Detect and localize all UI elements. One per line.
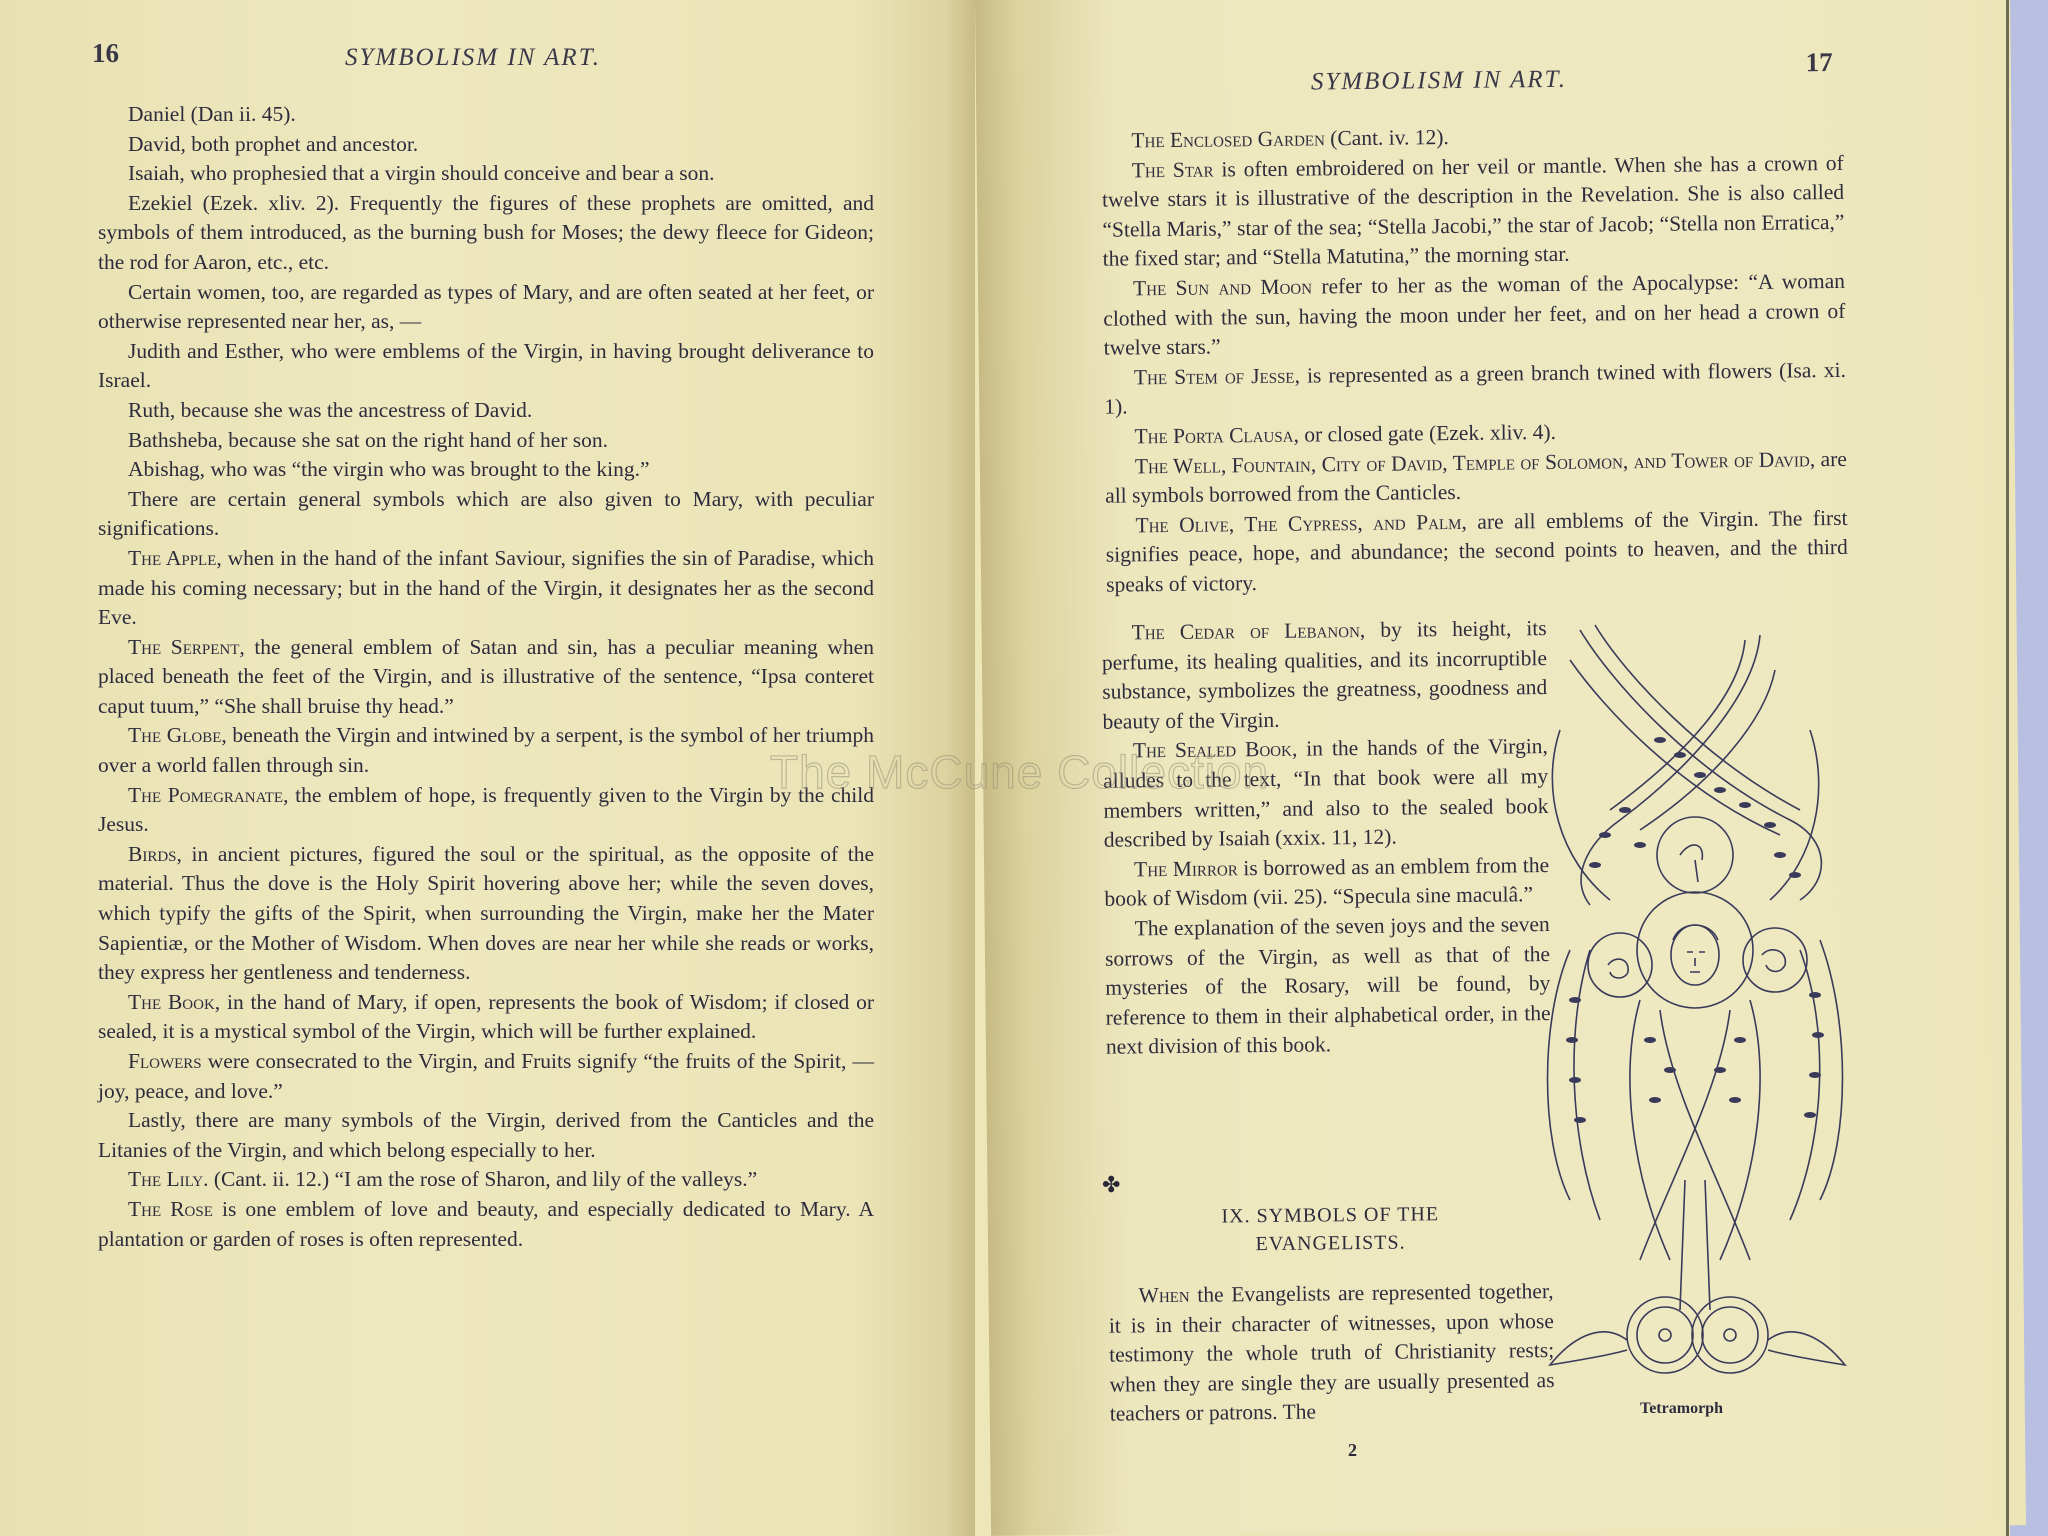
right-page-body-top: The Enclosed Garden (Cant. iv. 12).The S…	[1101, 119, 1848, 600]
paragraph: Abishag, who was “the virgin who was bro…	[98, 455, 874, 485]
paragraph-text: (Cant. iv. 12).	[1325, 125, 1449, 150]
section-paragraph: When the Evangelists are represented tog…	[1108, 1277, 1555, 1430]
paragraph: The Lily. (Cant. ii. 12.) “I am the rose…	[98, 1165, 874, 1195]
paragraph: The Cedar of Lebanon, by its height, its…	[1101, 614, 1547, 737]
paragraph: The Rose is one emblem of love and beaut…	[98, 1195, 874, 1254]
paragraph-lead: The Star	[1132, 157, 1214, 182]
paragraph-text: Lastly, there are many symbols of the Vi…	[98, 1108, 874, 1162]
paragraph-text: Judith and Esther, who were emblems of t…	[98, 339, 874, 393]
paragraph: There are certain general symbols which …	[98, 485, 874, 544]
paragraph-lead: The Porta Clausa	[1134, 423, 1293, 449]
paragraph: The Apple, when in the hand of the infan…	[98, 544, 874, 633]
paragraph-text: Abishag, who was “the virgin who was bro…	[128, 457, 650, 481]
paragraph: Isaiah, who prophesied that a virgin sho…	[98, 159, 874, 189]
paragraph-lead: The Globe	[128, 723, 221, 747]
paragraph: Daniel (Dan ii. 45).	[98, 100, 874, 130]
paragraph: Bathsheba, because she sat on the right …	[98, 426, 874, 456]
paragraph-text: The explanation of the seven joys and th…	[1105, 912, 1551, 1059]
book-spread: 16 SYMBOLISM IN ART. Daniel (Dan ii. 45)…	[0, 0, 2010, 1536]
figure-caption: Tetramorph	[1640, 1400, 1723, 1418]
paragraph-text: Ezekiel (Ezek. xliv. 2). Frequently the …	[98, 191, 874, 274]
paragraph-lead: The Serpent	[128, 635, 239, 659]
paragraph: Ezekiel (Ezek. xliv. 2). Frequently the …	[98, 189, 874, 278]
section-evangelists: IX. SYMBOLS OF THE EVANGELISTS. When the…	[1107, 1169, 1555, 1430]
paragraph-lead: The Lily	[128, 1167, 203, 1191]
paragraph: The explanation of the seven joys and th…	[1105, 910, 1552, 1063]
paragraph-text: Daniel (Dan ii. 45).	[128, 102, 296, 126]
paragraph-text: is one emblem of love and beauty, and es…	[98, 1197, 874, 1251]
paragraph: Ruth, because she was the ancestress of …	[98, 396, 874, 426]
paragraph: The Globe, beneath the Virgin and intwin…	[98, 721, 874, 780]
paragraph: Certain women, too, are regarded as type…	[98, 278, 874, 337]
paragraph-lead: The Rose	[128, 1197, 213, 1221]
paragraph-text: , in the hand of Mary, if open, represen…	[98, 990, 874, 1044]
paragraph: The Mirror is borrowed as an emblem from…	[1104, 851, 1550, 915]
paragraph: Judith and Esther, who were emblems of t…	[98, 337, 874, 396]
paragraph-lead: The Olive, The Cypress, and Palm	[1135, 510, 1461, 537]
paragraph-text: David, both prophet and ancestor.	[128, 132, 418, 156]
tetramorph-illustration	[1530, 620, 1860, 1400]
paragraph: The Stem of Jesse, is represented as a g…	[1104, 356, 1847, 423]
paragraph: The Olive, The Cypress, and Palm, are al…	[1105, 504, 1848, 601]
paragraph: The Book, in the hand of Mary, if open, …	[98, 988, 874, 1047]
paragraph: David, both prophet and ancestor.	[98, 130, 874, 160]
paragraph-lead: The Apple	[128, 546, 216, 570]
paragraph-text: , or closed gate (Ezek. xliv. 4).	[1293, 420, 1556, 447]
paragraph-lead: The Stem of Jesse	[1134, 363, 1295, 389]
paragraph: The Serpent, the general emblem of Satan…	[98, 633, 874, 722]
paragraph: The Well, Fountain, City of David, Templ…	[1105, 444, 1848, 511]
watermark-text: The McCune Collection	[770, 745, 1269, 799]
left-page-body: Daniel (Dan ii. 45).David, both prophet …	[98, 100, 874, 1254]
running-head-right: SYMBOLISM IN ART.	[1311, 66, 1567, 97]
page-number-right: 17	[1806, 47, 1833, 78]
paragraph: The Pomegranate, the emblem of hope, is …	[98, 781, 874, 840]
paragraph-text: Certain women, too, are regarded as type…	[98, 280, 874, 334]
paragraph: The Star is often embroidered on her vei…	[1102, 149, 1845, 275]
paragraph-text: , in ancient pictures, figured the soul …	[98, 842, 874, 984]
paragraph-lead: The Well, Fountain, City of David, Templ…	[1135, 447, 1810, 478]
paragraph-text: is often embroidered on her veil or mant…	[1102, 151, 1845, 272]
paragraph: Birds, in ancient pictures, figured the …	[98, 840, 874, 988]
paragraph-lead: The Pomegranate	[128, 783, 283, 807]
paragraph: Flowers were consecrated to the Virgin, …	[98, 1047, 874, 1106]
paragraph-lead: Flowers	[128, 1049, 202, 1073]
page-number-left: 16	[92, 38, 119, 69]
paragraph-lead: When	[1138, 1283, 1189, 1308]
paragraph-lead: The Sun and Moon	[1133, 274, 1312, 300]
section-heading: IX. SYMBOLS OF THE EVANGELISTS.	[1108, 1199, 1554, 1260]
running-head-left: SYMBOLISM IN ART.	[345, 44, 601, 72]
signature-mark: 2	[1348, 1440, 1357, 1461]
paragraph: The Sun and Moon refer to her as the wom…	[1103, 267, 1846, 364]
paragraph-text: were consecrated to the Virgin, and Frui…	[98, 1049, 874, 1103]
paragraph-text: Bathsheba, because she sat on the right …	[128, 428, 608, 452]
right-page-column: The Cedar of Lebanon, by its height, its…	[1101, 614, 1551, 1063]
paragraph-text: . (Cant. ii. 12.) “I am the rose of Shar…	[203, 1167, 757, 1191]
paragraph-lead: The Mirror	[1134, 856, 1238, 881]
page-edge	[2006, 0, 2009, 1536]
paragraph-lead: The Enclosed Garden	[1131, 126, 1325, 152]
fleuron-ornament-icon: ✤	[1102, 1172, 1120, 1198]
section-heading-line2: EVANGELISTS.	[1108, 1227, 1553, 1260]
paragraph-lead: Birds	[128, 842, 177, 866]
paragraph-text: There are certain general symbols which …	[98, 487, 874, 541]
paragraph-lead: The Cedar of Lebanon	[1132, 618, 1360, 644]
paragraph-lead: The Book	[128, 990, 215, 1014]
paragraph: Lastly, there are many symbols of the Vi…	[98, 1106, 874, 1165]
paragraph-text: Isaiah, who prophesied that a virgin sho…	[128, 161, 715, 185]
paragraph-text: Ruth, because she was the ancestress of …	[128, 398, 532, 422]
